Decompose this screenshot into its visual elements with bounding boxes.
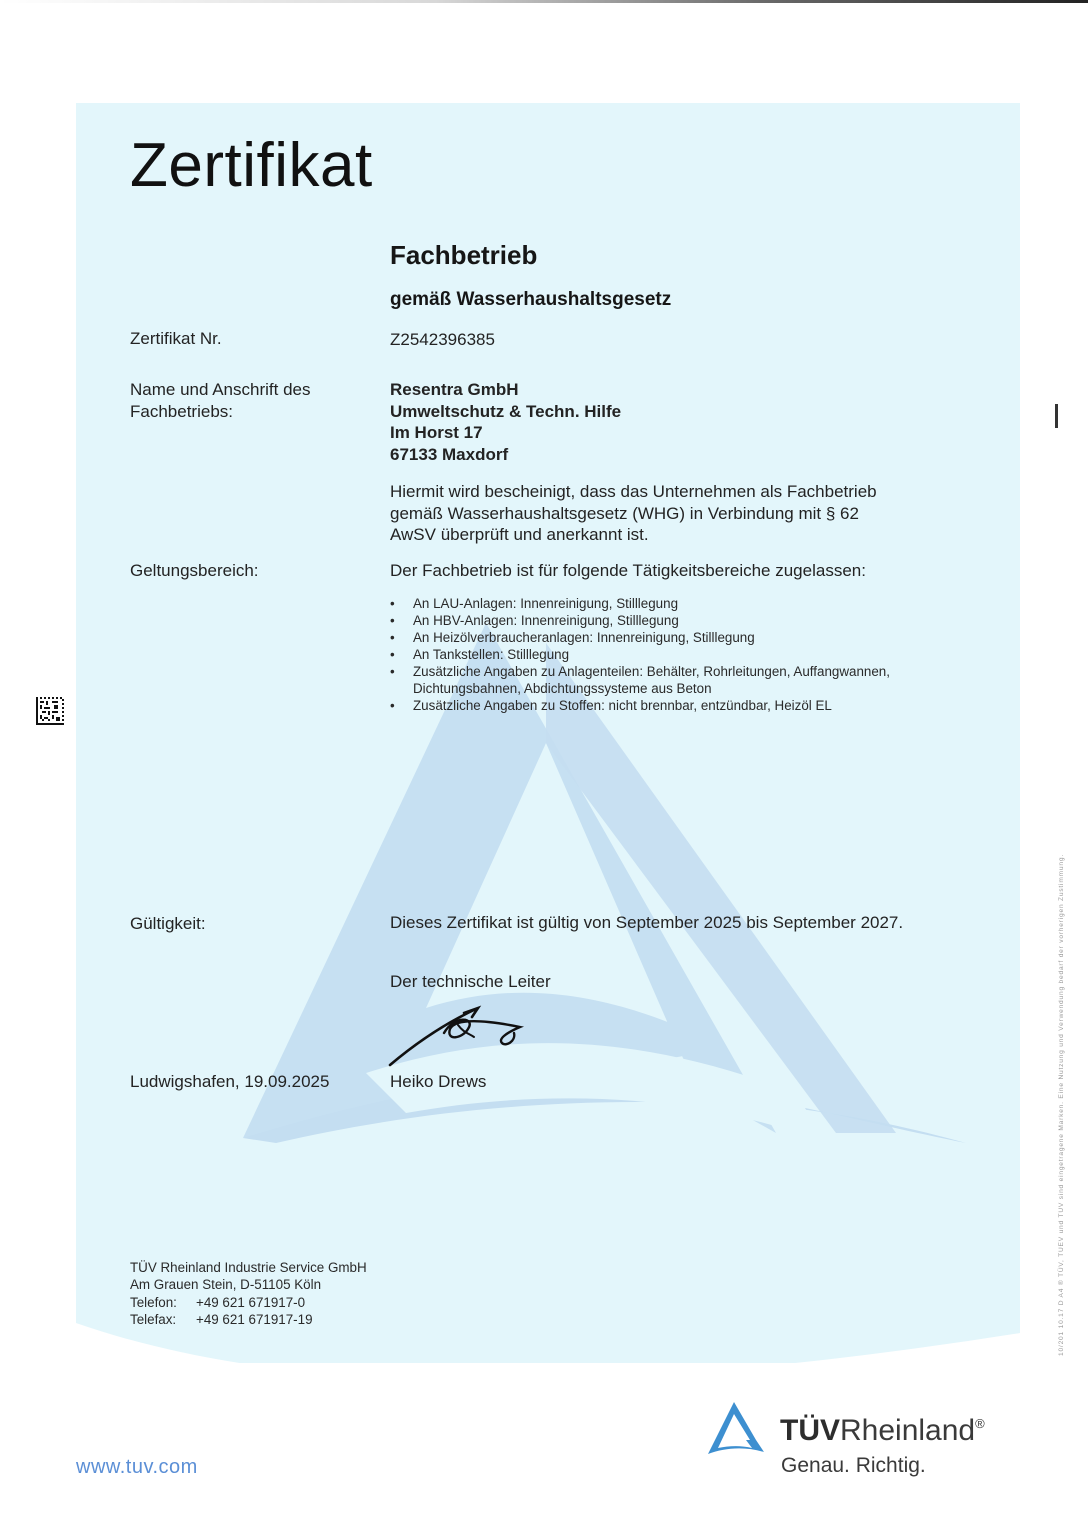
scope-item: Zusätzliche Angaben zu Anlagenteilen: Be… — [390, 663, 890, 697]
issuer-phone-label: Telefon: — [130, 1294, 196, 1311]
validity-text: Dieses Zertifikat ist gültig von Septemb… — [390, 912, 903, 933]
scope-list: An LAU-Anlagen: Innenreinigung, Stillleg… — [390, 595, 890, 714]
scope-intro: Der Fachbetrieb ist für folgende Tätigke… — [390, 560, 866, 581]
brand-tagline: Genau. Richtig. — [781, 1454, 926, 1478]
validity-label: Gültigkeit: — [130, 913, 206, 935]
certification-statement: Hiermit wird bescheinigt, dass das Unter… — [390, 481, 877, 546]
website-link[interactable]: www.tuv.com — [76, 1456, 198, 1479]
scope-item-line: Zusätzliche Angaben zu Anlagenteilen: Be… — [413, 663, 890, 680]
scope-item: An HBV-Anlagen: Innenreinigung, Stillleg… — [390, 612, 890, 629]
scope-item: An Heizölverbraucheranlagen: Innenreinig… — [390, 629, 890, 646]
company-street: Im Horst 17 — [390, 422, 621, 444]
issuer-address: Am Grauen Stein, D-51105 Köln — [130, 1276, 367, 1293]
place-date: Ludwigshafen, 19.09.2025 — [130, 1071, 329, 1093]
scope-item-line: Dichtungsbahnen, Abdichtungssysteme aus … — [413, 680, 890, 697]
issuer-fax-row: Telefax:+49 621 671917-19 — [130, 1311, 367, 1328]
tuv-triangle-logo-icon — [704, 1400, 768, 1458]
issuer-phone: +49 621 671917-0 — [196, 1295, 305, 1310]
company-subname: Umweltschutz & Techn. Hilfe — [390, 401, 621, 423]
signatory-name: Heiko Drews — [390, 1071, 486, 1092]
document-subheading: gemäß Wasserhaushaltsgesetz — [390, 289, 671, 311]
side-legal-note: 10/201 10.17 D A4 ® TÜV, TUEV und TUV si… — [1058, 854, 1065, 1356]
company-address: Resentra GmbH Umweltschutz & Techn. Hilf… — [390, 379, 621, 465]
datamatrix-code-icon — [36, 697, 64, 725]
issuer-address-block: TÜV Rheinland Industrie Service GmbH Am … — [130, 1259, 367, 1328]
statement-line: AwSV überprüft und anerkannt ist. — [390, 524, 877, 546]
company-label: Name und Anschrift des Fachbetriebs: — [130, 379, 310, 423]
document-heading: Fachbetrieb — [390, 240, 537, 271]
company-name: Resentra GmbH — [390, 379, 621, 401]
scope-item: An LAU-Anlagen: Innenreinigung, Stillleg… — [390, 595, 890, 612]
document-title: Zertifikat — [130, 130, 373, 201]
signatory-role: Der technische Leiter — [390, 971, 551, 992]
scope-label: Geltungsbereich: — [130, 560, 259, 582]
scan-edge-mark — [1055, 404, 1058, 428]
statement-line: gemäß Wasserhaushaltsgesetz (WHG) in Ver… — [390, 503, 877, 525]
scope-item: Zusätzliche Angaben zu Stoffen: nicht br… — [390, 697, 890, 714]
brand-wordmark: TÜVRheinland® — [780, 1414, 985, 1448]
certificate-number-label: Zertifikat Nr. — [130, 328, 222, 350]
statement-line: Hiermit wird bescheinigt, dass das Unter… — [390, 481, 877, 503]
brand-regular: Rheinland — [840, 1414, 975, 1447]
company-label-line1: Name und Anschrift des — [130, 379, 310, 401]
company-label-line2: Fachbetriebs: — [130, 401, 310, 423]
issuer-name: TÜV Rheinland Industrie Service GmbH — [130, 1259, 367, 1276]
issuer-fax: +49 621 671917-19 — [196, 1312, 313, 1327]
registered-mark: ® — [975, 1416, 985, 1431]
scan-top-edge — [0, 0, 1088, 3]
issuer-phone-row: Telefon:+49 621 671917-0 — [130, 1294, 367, 1311]
signature-icon — [386, 1003, 526, 1073]
certificate-number-value: Z2542396385 — [390, 329, 495, 350]
brand-bold: TÜV — [780, 1414, 840, 1447]
issuer-fax-label: Telefax: — [130, 1311, 196, 1328]
scope-item: An Tankstellen: Stilllegung — [390, 646, 890, 663]
company-city: 67133 Maxdorf — [390, 444, 621, 466]
